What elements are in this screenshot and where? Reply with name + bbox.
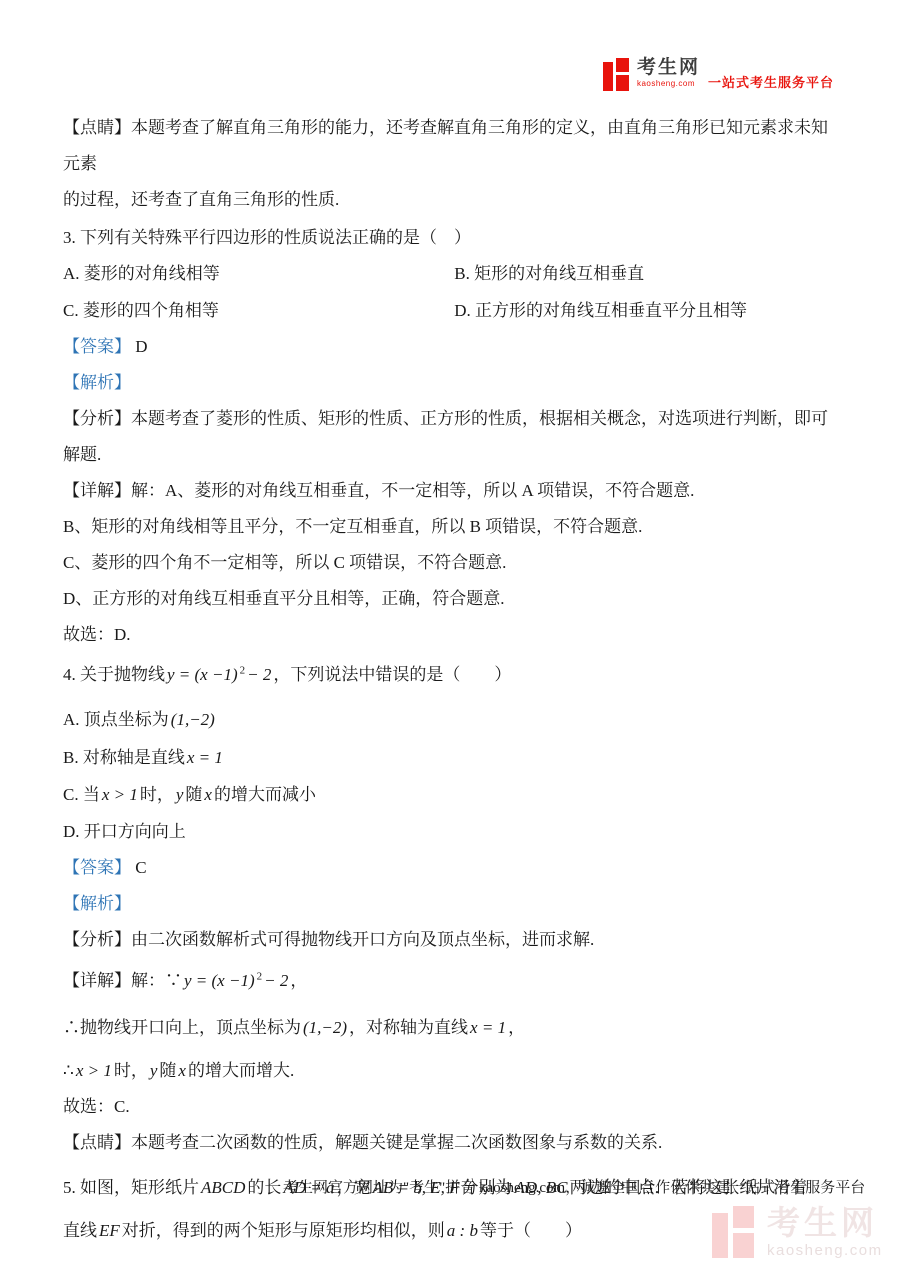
q4-line2-text3: ， [508,1018,525,1037]
q3-detail-2: B、矩形的对角线相等且平分，不一定互相垂直，所以 B 项错误，不符合题意. [63,509,838,545]
watermark-logo-icon [712,1206,758,1262]
q5-math-ef: EF [99,1221,120,1240]
q4-option-c-math1: x > 1 [102,785,138,804]
q4-option-c-text2: 时， [140,785,174,804]
page-header: 考生网 kaosheng.com 一站式考生服务平台 [0,0,900,104]
q4-line3-math2: y [150,1061,158,1080]
watermark-name: 考生网 [767,1206,883,1239]
q4-option-c-math3: x [204,785,212,804]
q4-option-d: D. 开口方向向上 [63,814,838,850]
logo-name: 考生网 [637,58,700,77]
q4-detail-line2: ∴抛物线开口向上，顶点坐标为(1,−2)，对称轴为直线x = 1， [63,1010,838,1046]
q3-option-c: C. 菱形的四个角相等 [63,293,450,329]
q4-option-b-text: B. 对称轴是直线 [63,748,185,767]
q4-jiexi-label: 【解析】 [63,886,838,922]
q4-option-a-math: (1,−2) [171,710,215,729]
q2-remark-line1: 【点睛】本题考查了解直角三角形的能力，还考查解直角三角形的定义，由直角三角形已知… [63,110,838,182]
logo-text: 考生网 kaosheng.com [637,58,700,88]
q4-line2-text2: ，对称轴为直线 [349,1018,468,1037]
q4-line2-math1: (1,−2) [303,1018,347,1037]
q4-line3-text4: 的增大而增大. [188,1061,294,1080]
q4-option-c-math2: y [176,785,184,804]
q3-detail-1: 【详解】解：A、菱形的对角线互相垂直，不一定相等，所以 A 项错误，不符合题意. [63,473,838,509]
q4-line3-math3: x [178,1061,186,1080]
q4-line3-text2: 时， [114,1061,148,1080]
q4-detail-exponent: 2 [257,970,263,982]
q5-text2: 的长 [247,1178,281,1197]
q4-option-c-text4: 的增大而减小 [214,785,316,804]
kaosheng-logo-icon [603,58,631,94]
q4-stem-exponent: 2 [240,664,246,676]
logo-block-top-right [616,58,629,72]
q3-stem: 3. 下列有关特殊平行四边形的性质说法正确的是（ ） [63,220,838,256]
exam-document-page: 考生网 kaosheng.com 一站式考生服务平台 【点睛】本题考查了解直角三… [0,0,900,1273]
q4-answer-value: C [135,858,146,877]
q5-text6: 直线 [63,1221,97,1240]
q5-math-abcd: ABCD [201,1178,245,1197]
q4-line2-math2: x = 1 [470,1018,506,1037]
q5-text7: 对折，得到的两个矩形与原矩形均相似，则 [122,1221,445,1240]
q4-line2-text1: ∴抛物线开口向上，顶点坐标为 [63,1018,301,1037]
q4-detail-line1: 【详解】解：∵y = (x −1)2− 2， [63,963,838,999]
q3-detail-4: D、正方形的对角线互相垂直平分且相等，正确，符合题意. [63,581,838,617]
logo-block-left [603,62,613,91]
q4-stem-text-tail: ，下列说法中错误的是（ ） [273,665,511,684]
q4-option-c-text3: 随 [185,785,202,804]
q3-option-d: D. 正方形的对角线互相垂直平分且相等 [454,301,747,320]
q3-jiexi-label: 【解析】 [63,365,838,401]
q4-detail-comma: ， [290,971,307,990]
logo-tagline: 一站式考生服务平台 [708,72,834,91]
document-content: 【点睛】本题考查了解直角三角形的能力，还考查解直角三角形的定义，由直角三角形已知… [0,104,900,1252]
q4-option-a: A. 顶点坐标为(1,−2) [63,702,838,738]
q4-option-b-math: x = 1 [187,748,223,767]
q4-answer: 【答案】 C [63,850,838,886]
q4-detail-text: 【详解】解：∵ [63,971,182,990]
q4-option-a-text: A. 顶点坐标为 [63,710,169,729]
kaosheng-watermark: 考生网 kaosheng.com [712,1206,883,1262]
q3-answer: 【答案】 D [63,329,838,365]
q4-line3-text1: ∴ [63,1061,74,1080]
q4-detail-line3: ∴x > 1时，y随x的增大而增大. [63,1053,838,1089]
q4-option-c: C. 当x > 1时，y随x的增大而减小 [63,777,838,813]
q5-math-a-b-ratio: a : b [447,1221,478,1240]
q3-options-row2: C. 菱形的四个角相等 D. 正方形的对角线互相垂直平分且相等 [63,293,838,329]
q4-option-c-text1: C. 当 [63,785,100,804]
watermark-block-left [712,1213,728,1258]
logo-domain: kaosheng.com [637,80,700,88]
q4-stem-formula: y = (x −1) [167,665,238,684]
watermark-domain: kaosheng.com [767,1243,883,1258]
q4-stem-formula-tail: − 2 [247,665,271,684]
q3-answer-label: 【答案】 [63,337,131,356]
q4-line3-text3: 随 [159,1061,176,1080]
watermark-block-bottom-right [733,1233,754,1258]
q3-answer-value: D [135,337,147,356]
q3-options-row1: A. 菱形的对角线相等 B. 矩形的对角线互相垂直 [63,256,838,292]
q3-option-b: B. 矩形的对角线互相垂直 [454,264,644,283]
q4-stem: 4. 关于抛物线y = (x −1)2− 2，下列说法中错误的是（ ） [63,657,838,693]
q4-dianjing: 【点睛】本题考查二次函数的性质，解题关键是掌握二次函数图象与系数的关系. [63,1125,838,1161]
kaosheng-logo: 考生网 kaosheng.com 一站式考生服务平台 [603,58,834,94]
watermark-text: 考生网 kaosheng.com [767,1206,883,1258]
q3-analysis: 【分析】本题考查了菱形的性质、矩形的性质、正方形的性质，根据相关概念，对选项进行… [63,401,838,473]
q4-detail-formula-tail: − 2 [264,971,288,990]
q2-remark-line2: 的过程，还考查了直角三角形的性质. [63,182,838,218]
logo-block-bottom-right [616,75,629,91]
q3-option-a: A. 菱形的对角线相等 [63,256,450,292]
watermark-block-top-right [733,1206,754,1228]
q4-answer-label: 【答案】 [63,858,131,877]
q3-detail-3: C、菱形的四个角不一定相等，所以 C 项错误，不符合题意. [63,545,838,581]
q4-stem-text: 4. 关于抛物线 [63,665,165,684]
q5-text8: 等于（ ） [480,1221,582,1240]
q4-conclusion: 故选：C. [63,1089,838,1125]
q4-option-b: B. 对称轴是直线x = 1 [63,740,838,776]
q4-detail-formula: y = (x −1) [184,971,255,990]
q4-analysis: 【分析】由二次函数解析式可得抛物线开口方向及顶点坐标，进而求解. [63,922,838,958]
q3-conclusion: 故选：D. [63,617,838,653]
footer-site-note: 考生网官方网址为"考生"拼音 kaosheng.com，诚邀全国合作伙伴共建一站… [283,1176,865,1200]
q4-line3-math1: x > 1 [76,1061,112,1080]
q5-text1: 5. 如图，矩形纸片 [63,1178,199,1197]
